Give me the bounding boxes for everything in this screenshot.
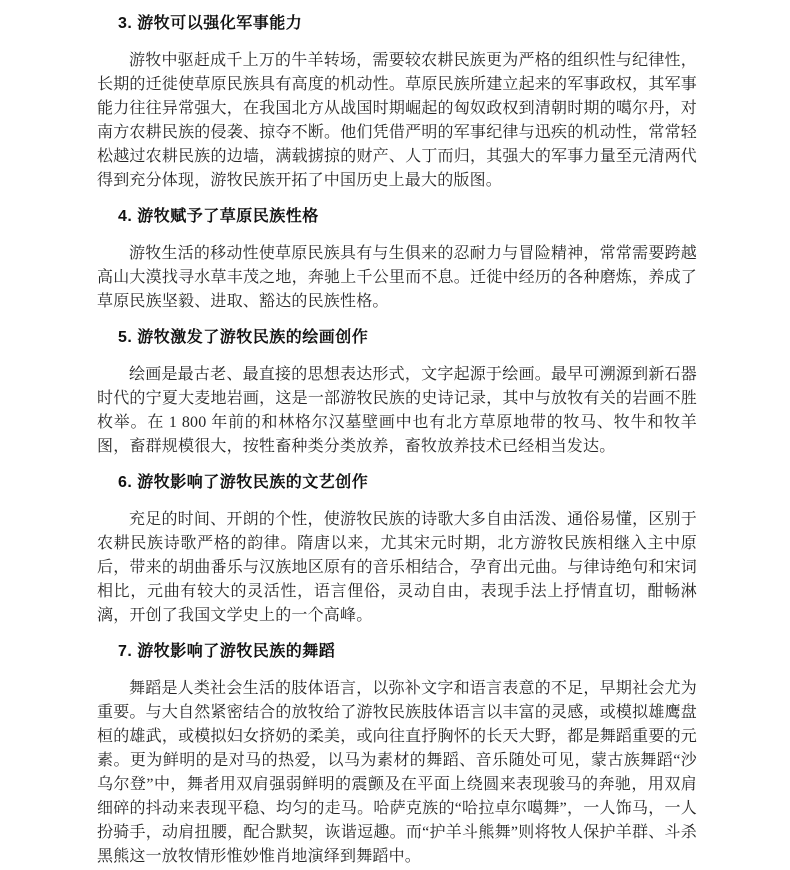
section-heading: 4. 游牧赋予了草原民族性格 [97, 205, 697, 229]
section-heading: 6. 游牧影响了游牧民族的文艺创作 [97, 471, 697, 495]
document-page: 3. 游牧可以强化军事能力 游牧中驱赶成千上万的牛羊转场，需要较农耕民族更为严格… [0, 0, 790, 870]
section-paragraph: 游牧生活的移动性使草原民族具有与生俱来的忍耐力与冒险精神，常常需要跨越高山大漠找… [97, 242, 697, 314]
section-literature: 6. 游牧影响了游牧民族的文艺创作 充足的时间、开朗的个性，使游牧民族的诗歌大多… [97, 471, 697, 628]
section-dance: 7. 游牧影响了游牧民族的舞蹈 舞蹈是人类社会生活的肢体语言，以弥补文字和语言表… [97, 640, 697, 869]
section-character: 4. 游牧赋予了草原民族性格 游牧生活的移动性使草原民族具有与生俱来的忍耐力与冒… [97, 205, 697, 314]
section-paragraph: 游牧中驱赶成千上万的牛羊转场，需要较农耕民族更为严格的组织性与纪律性，长期的迁徙… [97, 49, 697, 193]
section-heading: 7. 游牧影响了游牧民族的舞蹈 [97, 640, 697, 664]
section-paragraph: 绘画是最古老、最直接的思想表达形式，文字起源于绘画。最早可溯源到新石器时代的宁夏… [97, 363, 697, 459]
section-paragraph: 舞蹈是人类社会生活的肢体语言，以弥补文字和语言表意的不足，早期社会尤为重要。与大… [97, 677, 697, 869]
section-military: 3. 游牧可以强化军事能力 游牧中驱赶成千上万的牛羊转场，需要较农耕民族更为严格… [97, 12, 697, 193]
section-paragraph: 充足的时间、开朗的个性，使游牧民族的诗歌大多自由活泼、通俗易懂，区别于农耕民族诗… [97, 508, 697, 628]
section-heading: 3. 游牧可以强化军事能力 [97, 12, 697, 36]
section-heading: 5. 游牧激发了游牧民族的绘画创作 [97, 326, 697, 350]
section-painting: 5. 游牧激发了游牧民族的绘画创作 绘画是最古老、最直接的思想表达形式，文字起源… [97, 326, 697, 459]
